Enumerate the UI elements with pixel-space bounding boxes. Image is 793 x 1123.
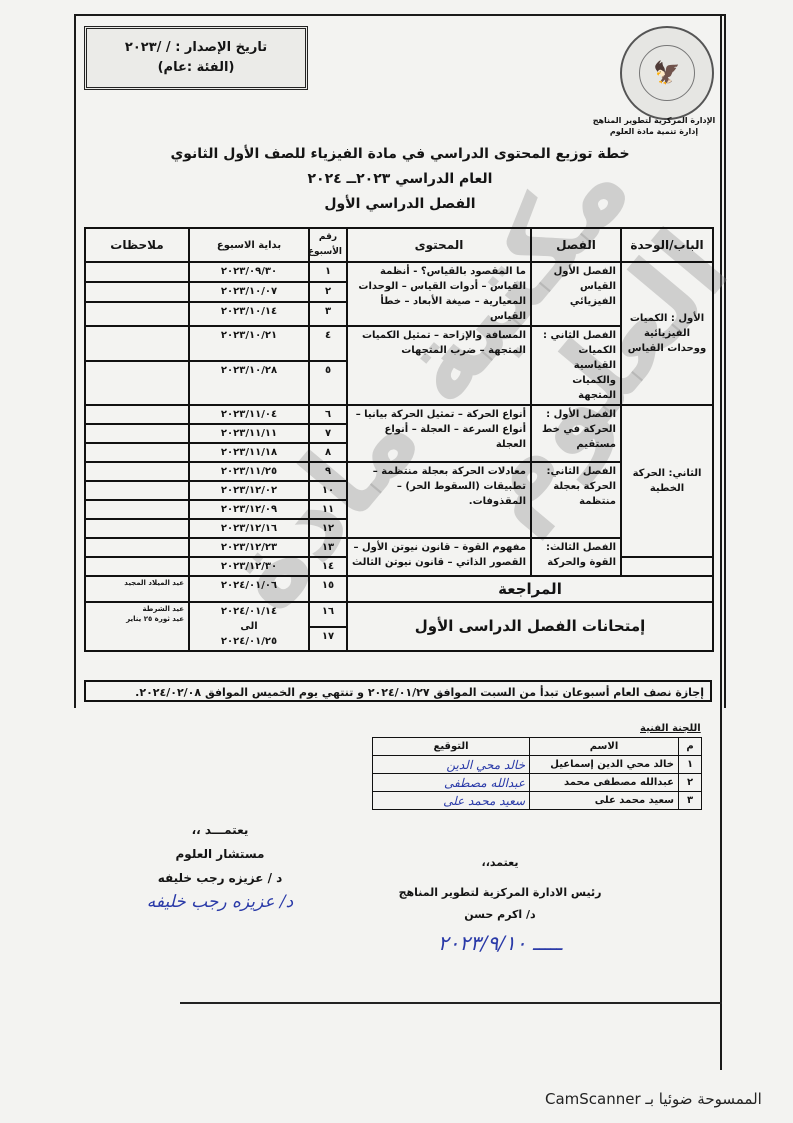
week-no: ١٦ bbox=[309, 602, 347, 627]
notes-cell bbox=[85, 443, 189, 462]
notes-cell bbox=[85, 538, 189, 557]
exam-note-1: عيد الشرطة bbox=[90, 604, 184, 614]
week-date: ٢٠٢٣/١٢/٣٠ bbox=[189, 557, 309, 576]
week-no: ٩ bbox=[309, 462, 347, 481]
table-row: الثاني: الحركة الخطية الفصل الأول : الحر… bbox=[85, 405, 713, 424]
header-name: الاسم bbox=[530, 738, 679, 756]
content-cell: أنواع الحركة – تمثيل الحركة بيانيا – أنو… bbox=[347, 405, 531, 462]
week-no: ٣ bbox=[309, 302, 347, 326]
member-name: عبدالله مصطفى محمد bbox=[530, 774, 679, 792]
notes-cell: عيد الشرطة عيد ثورة ٢٥ يناير bbox=[85, 602, 189, 651]
approval-curriculum-head: يعتمد،، رئيس الادارة المركزية لتطوير الم… bbox=[370, 852, 630, 954]
member-signature: خالد محي الدين bbox=[373, 756, 530, 774]
approval-label: يعتمـــد ،، bbox=[110, 818, 330, 842]
exam-date-to: الى bbox=[194, 619, 304, 634]
bottom-rule bbox=[180, 1002, 722, 1004]
table-header-row: الباب/الوحدة الفصل المحتوى رقم الأسبوع ب… bbox=[85, 228, 713, 262]
camscanner-footer: الممسوحة ضوئيا بـ CamScanner bbox=[545, 1090, 762, 1108]
chapter-cell: الفصل الأول القياس الفيزيائي bbox=[531, 262, 621, 326]
header-week-no: رقم الأسبوع bbox=[309, 228, 347, 262]
holiday-note: إجازة نصف العام أسبوعان تبدأ من السبت ال… bbox=[84, 680, 712, 702]
week-no: ٢ bbox=[309, 282, 347, 302]
unit-cell-empty bbox=[621, 557, 713, 576]
notes-cell bbox=[85, 326, 189, 361]
week-date: ٢٠٢٣/١٠/٠٧ bbox=[189, 282, 309, 302]
member-no: ٢ bbox=[679, 774, 702, 792]
committee-row: ١ خالد محي الدين إسماعيل خالد محي الدين bbox=[373, 756, 702, 774]
review-label: المراجعة bbox=[347, 576, 713, 602]
approval-name: د/ اكرم حسن bbox=[370, 904, 630, 926]
committee-header-row: م الاسم التوقيع bbox=[373, 738, 702, 756]
header-no: م bbox=[679, 738, 702, 756]
exams-row: إمتحانات الفصل الدراسى الأول ١٦ ٢٠٢٤/٠١/… bbox=[85, 602, 713, 627]
notes-cell bbox=[85, 282, 189, 302]
member-signature: سعيد محمد على bbox=[373, 792, 530, 810]
notes-cell: عيد الميلاد المجيد bbox=[85, 576, 189, 602]
handwritten-signature: ـــــ ٢٠٢٣/٩/١٠ bbox=[370, 932, 630, 954]
member-name: سعيد محمد على bbox=[530, 792, 679, 810]
notes-cell bbox=[85, 361, 189, 405]
approval-science-advisor: يعتمـــد ،، مستشار العلوم د / عزيزه رجب … bbox=[110, 818, 330, 914]
approval-label: يعتمد،، bbox=[370, 852, 630, 874]
notes-cell bbox=[85, 462, 189, 481]
week-no: ١٣ bbox=[309, 538, 347, 557]
content-cell: معادلات الحركة بعجلة منتظمة – تطبيقات (ا… bbox=[347, 462, 531, 538]
issue-info-box: تاريخ الإصدار : / /٢٠٢٣ (الفئة :عام) bbox=[84, 26, 308, 90]
week-no: ١ bbox=[309, 262, 347, 282]
table-row: الفصل الثاني : الكميات القياسية والكميات… bbox=[85, 326, 713, 361]
header-week-start: بداية الاسبوع bbox=[189, 228, 309, 262]
document-title: خطة توزيع المحتوى الدراسي في مادة الفيزي… bbox=[160, 142, 640, 217]
unit-cell: الأول : الكميات الفيزيائية ووحدات القياس bbox=[621, 262, 713, 405]
week-date: ٢٠٢٣/١٢/٠٢ bbox=[189, 481, 309, 500]
notes-cell bbox=[85, 302, 189, 326]
handwritten-signature: د/ عزيزه رجب خليفه bbox=[110, 890, 330, 914]
approval-role: رئيس الادارة المركزية لتطوير المناهج bbox=[370, 882, 630, 904]
header-content: المحتوى bbox=[347, 228, 531, 262]
committee-row: ٢ عبدالله مصطفى محمد عبدالله مصطفى bbox=[373, 774, 702, 792]
header-chapter: الفصل bbox=[531, 228, 621, 262]
eagle-icon: 🦅 bbox=[639, 45, 695, 101]
committee-table: م الاسم التوقيع ١ خالد محي الدين إسماعيل… bbox=[372, 737, 702, 810]
notes-cell bbox=[85, 500, 189, 519]
week-no: ١٧ bbox=[309, 627, 347, 652]
week-date: ٢٠٢٣/١١/١٨ bbox=[189, 443, 309, 462]
plan-table: الباب/الوحدة الفصل المحتوى رقم الأسبوع ب… bbox=[84, 227, 714, 652]
table-row: الفصل الثالث: القوة والحركة مفهوم القوة … bbox=[85, 538, 713, 557]
category: (الفئة :عام) bbox=[158, 58, 235, 78]
member-no: ١ bbox=[679, 756, 702, 774]
exams-label: إمتحانات الفصل الدراسى الأول bbox=[347, 602, 713, 651]
member-no: ٣ bbox=[679, 792, 702, 810]
exams-dates: ٢٠٢٤/٠١/١٤ الى ٢٠٢٤/٠١/٢٥ bbox=[189, 602, 309, 651]
page-border-line bbox=[720, 14, 722, 1070]
review-row: المراجعة ١٥ ٢٠٢٤/٠١/٠٦ عيد الميلاد المجي… bbox=[85, 576, 713, 602]
notes-cell bbox=[85, 424, 189, 443]
week-no: ١٠ bbox=[309, 481, 347, 500]
exam-start-date: ٢٠٢٤/٠١/١٤ bbox=[194, 604, 304, 619]
exam-note-2: عيد ثورة ٢٥ يناير bbox=[90, 614, 184, 624]
content-cell: المسافة والإزاحة – تمثيل الكميات المتجهة… bbox=[347, 326, 531, 405]
week-date: ٢٠٢٣/١٢/٢٣ bbox=[189, 538, 309, 557]
member-name: خالد محي الدين إسماعيل bbox=[530, 756, 679, 774]
notes-cell bbox=[85, 405, 189, 424]
chapter-cell: الفصل الثالث: القوة والحركة bbox=[531, 538, 621, 576]
notes-cell bbox=[85, 557, 189, 576]
week-date: ٢٠٢٣/١٢/٠٩ bbox=[189, 500, 309, 519]
week-no: ٤ bbox=[309, 326, 347, 361]
week-no: ١١ bbox=[309, 500, 347, 519]
content-cell: ما المقصود بالقياس؟ - أنظمة القياس – أدو… bbox=[347, 262, 531, 326]
week-no: ٦ bbox=[309, 405, 347, 424]
logo-caption: الإدارة المركزية لتطوير المناهج إدارة تن… bbox=[590, 115, 718, 137]
week-date: ٢٠٢٤/٠١/٠٦ bbox=[189, 576, 309, 602]
table-row: الفصل الثاني: الحركة بعجلة منتظمة معادلا… bbox=[85, 462, 713, 481]
week-date: ٢٠٢٣/١٠/٢١ bbox=[189, 326, 309, 361]
week-date: ٢٠٢٣/١٠/٢٨ bbox=[189, 361, 309, 405]
notes-cell bbox=[85, 519, 189, 538]
unit-cell: الثاني: الحركة الخطية bbox=[621, 405, 713, 557]
week-date: ٢٠٢٣/١١/١١ bbox=[189, 424, 309, 443]
title-line-3: الفصل الدراسي الأول bbox=[160, 192, 640, 217]
table-row: الأول : الكميات الفيزيائية ووحدات القياس… bbox=[85, 262, 713, 282]
week-no: ٧ bbox=[309, 424, 347, 443]
committee-row: ٣ سعيد محمد على سعيد محمد على bbox=[373, 792, 702, 810]
header-signature: التوقيع bbox=[373, 738, 530, 756]
week-no: ٨ bbox=[309, 443, 347, 462]
week-date: ٢٠٢٣/١١/٠٤ bbox=[189, 405, 309, 424]
week-date: ٢٠٢٣/١١/٢٥ bbox=[189, 462, 309, 481]
week-no: ٥ bbox=[309, 361, 347, 405]
content-cell: مفهوم القوة – قانون نيوتن الأول – القصور… bbox=[347, 538, 531, 576]
title-line-1: خطة توزيع المحتوى الدراسي في مادة الفيزي… bbox=[160, 142, 640, 167]
title-line-2: العام الدراسي ٢٠٢٣ــ ٢٠٢٤ bbox=[160, 167, 640, 192]
logo-caption-line-1: الإدارة المركزية لتطوير المناهج bbox=[590, 115, 718, 126]
notes-cell bbox=[85, 481, 189, 500]
ministry-logo: 🦅 bbox=[620, 26, 714, 120]
week-date: ٢٠٢٣/١٠/١٤ bbox=[189, 302, 309, 326]
header-unit: الباب/الوحدة bbox=[621, 228, 713, 262]
chapter-cell: الفصل الأول : الحركة في خط مستقيم bbox=[531, 405, 621, 462]
week-date: ٢٠٢٣/٠٩/٣٠ bbox=[189, 262, 309, 282]
committee-title: اللجنة الفنية bbox=[640, 723, 701, 734]
chapter-cell: الفصل الثاني : الكميات القياسية والكميات… bbox=[531, 326, 621, 405]
approval-name: د / عزيزه رجب خليفه bbox=[110, 866, 330, 890]
week-date: ٢٠٢٣/١٢/١٦ bbox=[189, 519, 309, 538]
week-no: ١٢ bbox=[309, 519, 347, 538]
approval-role: مستشار العلوم bbox=[110, 842, 330, 866]
notes-cell bbox=[85, 262, 189, 282]
issue-date: تاريخ الإصدار : / /٢٠٢٣ bbox=[125, 38, 267, 58]
exam-end-date: ٢٠٢٤/٠١/٢٥ bbox=[194, 634, 304, 649]
chapter-cell: الفصل الثاني: الحركة بعجلة منتظمة bbox=[531, 462, 621, 538]
logo-caption-line-2: إدارة تنمية مادة العلوم bbox=[590, 126, 718, 137]
member-signature: عبدالله مصطفى bbox=[373, 774, 530, 792]
week-no: ١٥ bbox=[309, 576, 347, 602]
week-no: ١٤ bbox=[309, 557, 347, 576]
header-notes: ملاحظات bbox=[85, 228, 189, 262]
